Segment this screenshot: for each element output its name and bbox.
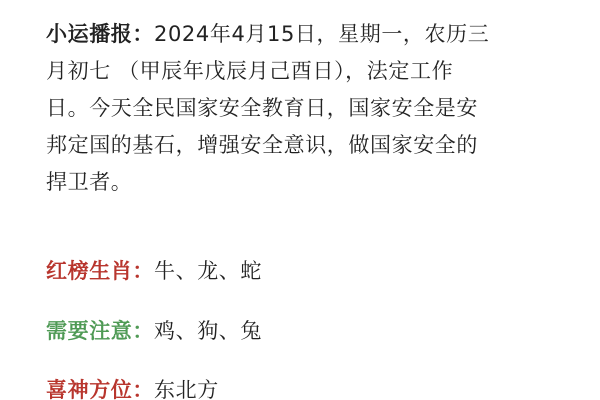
lucky-zodiac-label: 红榜生肖：	[46, 259, 154, 283]
daily-report-paragraph: 小运播报：2024年4月15日，星期一，农历三 月初七 （甲辰年戊辰月己酉日），…	[46, 16, 566, 201]
report-label: 小运播报：	[46, 22, 154, 46]
report-line-1-text: 2024年4月15日，星期一，农历三	[154, 22, 489, 46]
report-line-2: 月初七 （甲辰年戊辰月己酉日），法定工作	[46, 53, 566, 90]
caution-zodiac-row: 需要注意：鸡、狗、兔	[46, 316, 262, 346]
joy-god-direction-label: 喜神方位：	[46, 378, 154, 400]
caution-zodiac-value: 鸡、狗、兔	[154, 319, 262, 343]
report-line-1: 小运播报：2024年4月15日，星期一，农历三	[46, 16, 566, 53]
report-line-5: 捍卫者。	[46, 164, 566, 201]
fortune-article: 小运播报：2024年4月15日，星期一，农历三 月初七 （甲辰年戊辰月己酉日），…	[46, 16, 566, 201]
caution-zodiac-label: 需要注意：	[46, 319, 154, 343]
report-line-3: 日。今天全民国家安全教育日，国家安全是安	[46, 90, 566, 127]
lucky-zodiac-value: 牛、龙、蛇	[154, 259, 262, 283]
lucky-zodiac-row: 红榜生肖：牛、龙、蛇	[46, 256, 262, 286]
joy-god-direction-row: 喜神方位：东北方	[46, 375, 219, 400]
joy-god-direction-value: 东北方	[154, 378, 219, 400]
report-line-4: 邦定国的基石，增强安全意识，做国家安全的	[46, 127, 566, 164]
